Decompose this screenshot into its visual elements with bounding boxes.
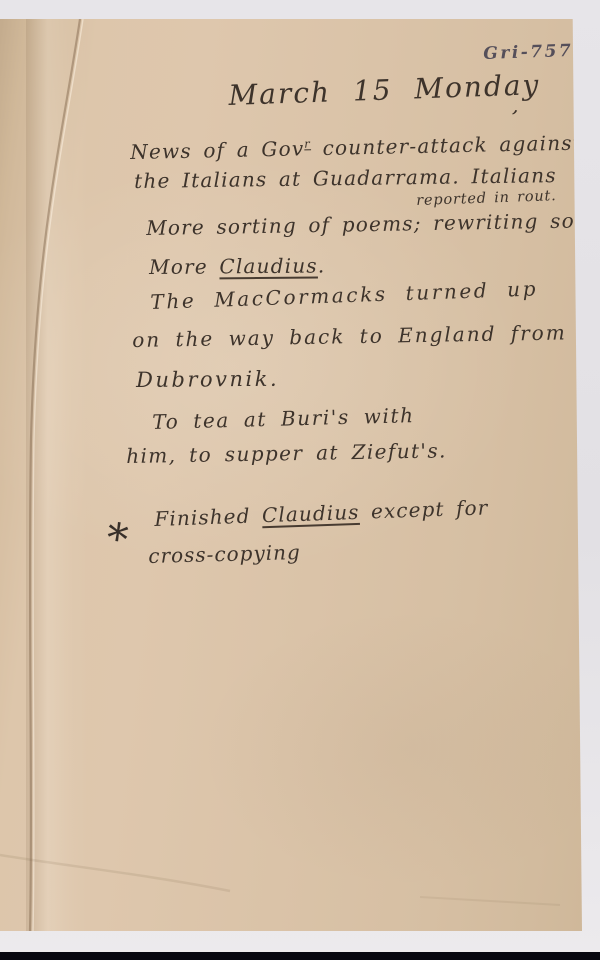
line-text: More — [149, 254, 219, 279]
line-text: News of a Gov — [130, 136, 305, 164]
underlined-title: Claudius — [262, 500, 360, 527]
archive-mark: Gri-757 — [483, 41, 574, 64]
diary-line-4: More Claudius. — [149, 253, 325, 279]
footnote-line-2: cross-copying — [148, 540, 301, 568]
scanned-diary-page: Gri-757 March 15 Monday ’ News of a Govr… — [0, 0, 600, 960]
line-text: Finished — [154, 503, 262, 531]
diary-line-7: Dubrovnik. — [136, 367, 279, 392]
underlined-title: Claudius — [219, 254, 318, 279]
manuscript-paper: Gri-757 March 15 Monday ’ News of a Govr… — [0, 19, 582, 931]
line-text: . — [318, 253, 326, 277]
line-text: except for — [359, 495, 489, 523]
scanner-bed-strip — [0, 952, 600, 960]
